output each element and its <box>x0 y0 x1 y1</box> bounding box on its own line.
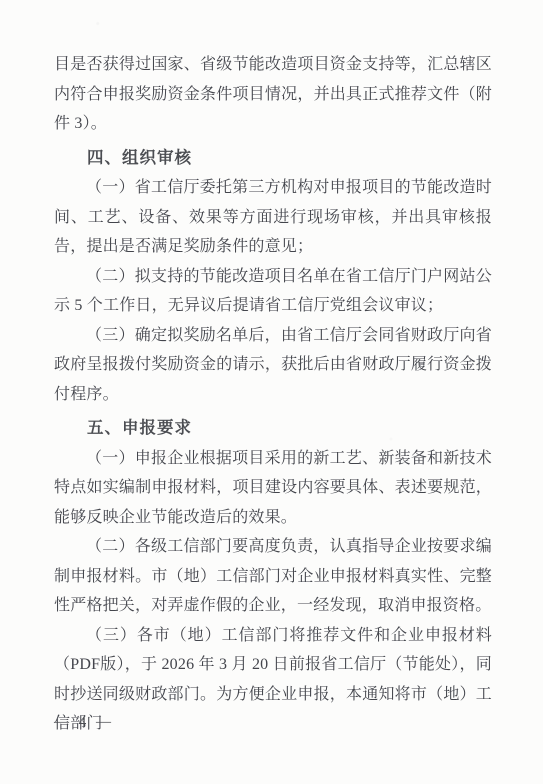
document-content: 目是否获得过国家、省级节能改造项目资金支持等，汇总辖区内符合申报奖励资金条件项目… <box>54 50 492 739</box>
paragraph-4-1: （一）省工信厅委托第三方机构对申报项目的节能改造时间、工艺、设备、效果等方面进行… <box>54 173 492 262</box>
heading-section-4-organization-review: 四、组织审核 <box>54 144 492 174</box>
paragraph-4-3: （三）确定拟奖励名单后，由省工信厅会同省财政厅向省政府呈报拨付奖励资金的请示，获… <box>54 321 492 410</box>
paragraph-4-2: （二）拟支持的节能改造项目名单在省工信厅门户网站公示 5 个工作日，无异议后提请… <box>54 262 492 321</box>
paragraph-continuation: 目是否获得过国家、省级节能改造项目资金支持等，汇总辖区内符合申报奖励资金条件项目… <box>54 50 492 139</box>
scanned-document-page: 目是否获得过国家、省级节能改造项目资金支持等，汇总辖区内符合申报奖励资金条件项目… <box>0 0 543 784</box>
paragraph-5-1: （一）申报企业根据项目采用的新工艺、新装备和新技术特点如实编制申报材料，项目建设… <box>54 444 492 533</box>
page-number: — 4 — <box>54 712 114 732</box>
paragraph-5-2: （二）各级工信部门要高度负责，认真指导企业按要求编制申报材料。市（地）工信部门对… <box>54 532 492 621</box>
paragraph-5-3: （三）各市（地）工信部门将推荐文件和企业申报材料（PDF版），于 2026 年 … <box>54 621 492 739</box>
heading-section-5-application-requirements: 五、申报要求 <box>54 414 492 444</box>
